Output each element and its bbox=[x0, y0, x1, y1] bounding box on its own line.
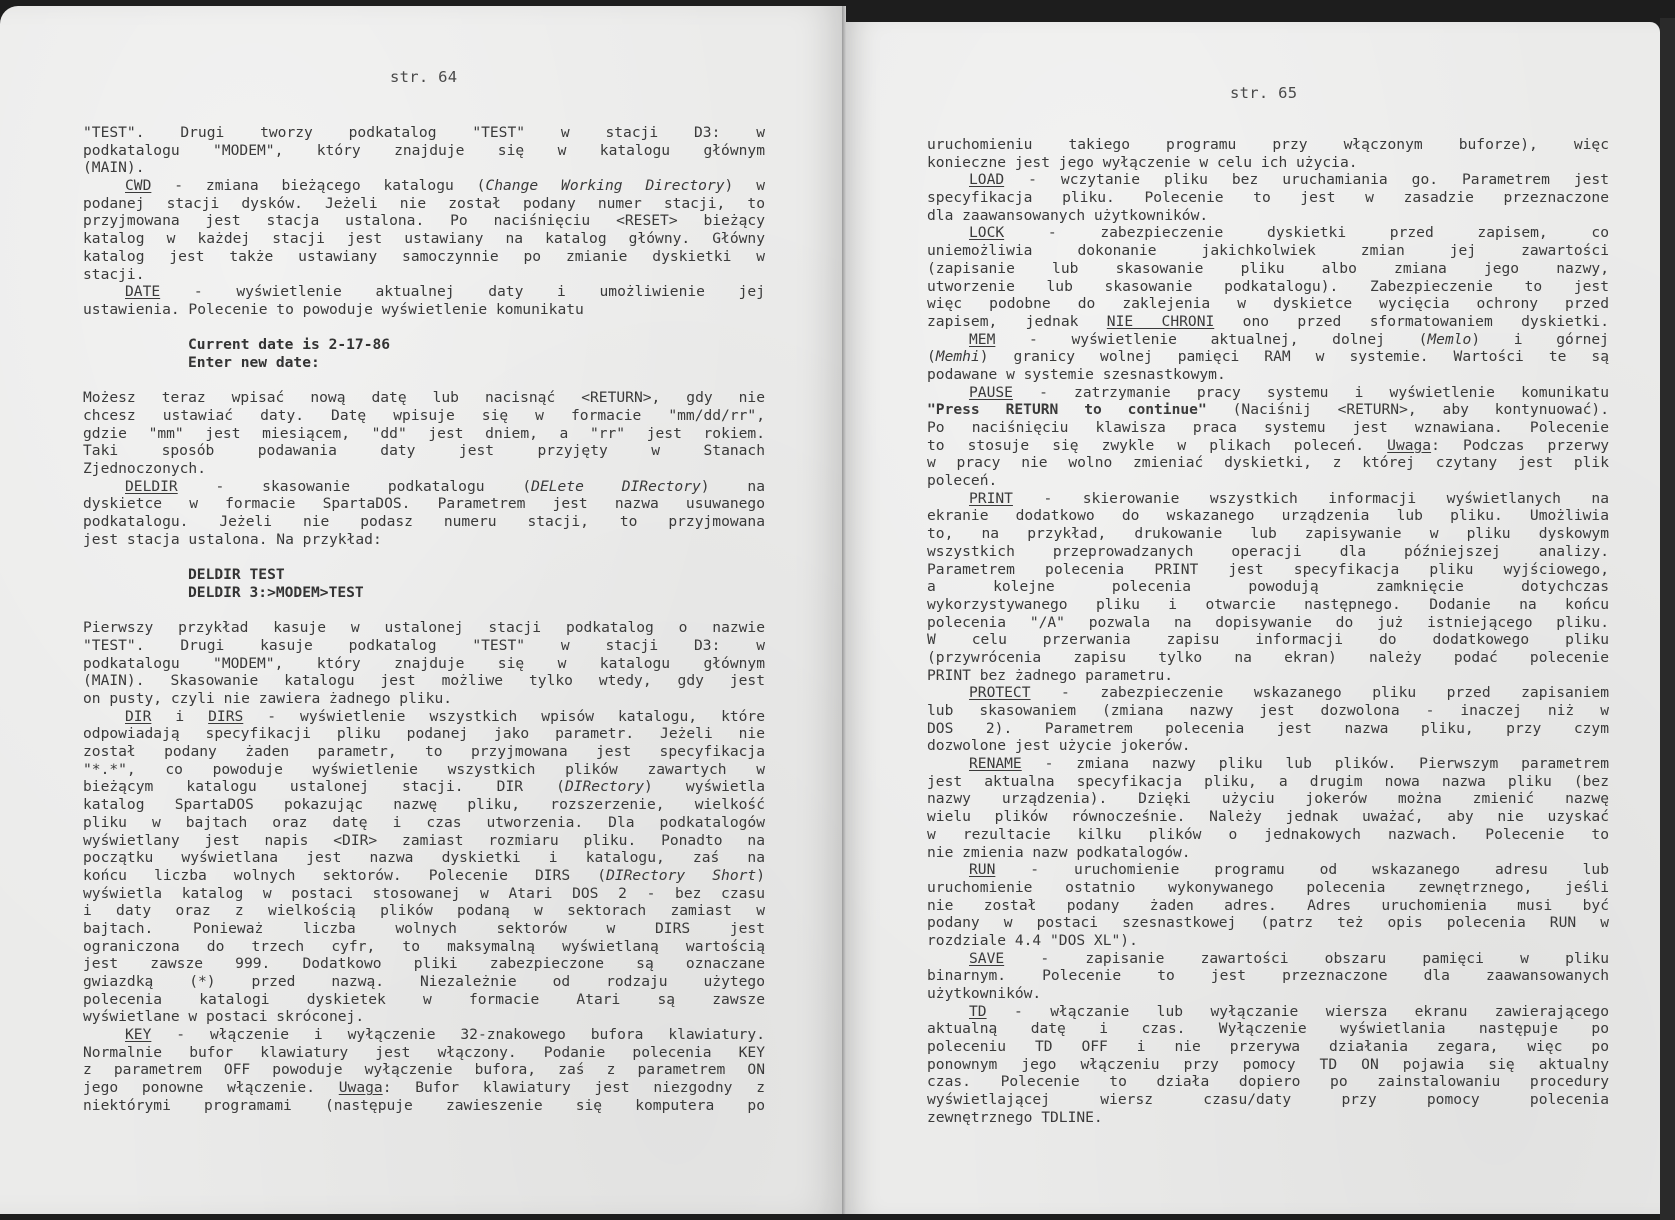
text-line: czas. Polecenie to działa dopiero po zai… bbox=[927, 1073, 1609, 1091]
text-line: użytkowników. bbox=[927, 985, 1609, 1003]
text-line: uruchomieniu takiego programu przy włącz… bbox=[927, 136, 1609, 154]
text-run: - skasowanie podkatalogu ( bbox=[178, 478, 531, 495]
text-line: utworzenie lub skasowanie podkatalogu). … bbox=[927, 278, 1609, 296]
blank-line bbox=[83, 319, 765, 337]
text-run: i bbox=[151, 708, 208, 725]
text-line: konieczne jest jego wyłączenie w celu ic… bbox=[927, 154, 1609, 172]
text-line: więc podobne do zaklejenia w dyskietce w… bbox=[927, 295, 1609, 313]
page-number-right: str. 65 bbox=[1230, 84, 1297, 102]
text-run: - zatrzymanie pracy systemu i wyświetlen… bbox=[1013, 384, 1609, 401]
text-run: - uruchomienie programu od wskazanego ad… bbox=[995, 861, 1609, 878]
text-line: PRINT bez żadnego parametru. bbox=[927, 667, 1609, 685]
text-line: został podany żaden parametr, to przyjmo… bbox=[83, 743, 765, 761]
code-example: DELDIR TEST bbox=[83, 566, 765, 584]
text-run: ) wyświetla bbox=[644, 778, 765, 795]
text-line: polecenia katalogi dyskietek w formacie … bbox=[83, 991, 765, 1009]
page-edge-shadow bbox=[1660, 18, 1675, 1220]
text-line: gwiazdką (*) przed nazwą. Niezależnie od… bbox=[83, 973, 765, 991]
text-run: ) na bbox=[701, 478, 765, 495]
text-line: wykorzystywanego pliku i otwarcie następ… bbox=[927, 596, 1609, 614]
command-keyword: DELDIR bbox=[125, 478, 178, 495]
command-keyword: Uwaga bbox=[339, 1079, 383, 1096]
command-keyword: MEM bbox=[969, 331, 995, 348]
text-line: wyświetlającej wiersz czasu/daty przy po… bbox=[927, 1091, 1609, 1109]
italic-term: Change Working Directory bbox=[485, 177, 724, 194]
text-line: specyfikacja pliku. Polecenie to jest w … bbox=[927, 189, 1609, 207]
text-line: dyskietce w formacie SpartaDOS. Parametr… bbox=[83, 495, 765, 513]
text-line: podanej stacji dysków. Jeżeli nie został… bbox=[83, 195, 765, 213]
text-line: katalog SpartaDOS pokazując nazwę pliku,… bbox=[83, 796, 765, 814]
paragraph-start-line: LOCK - zabezpieczenie dyskietki przed za… bbox=[927, 224, 1609, 242]
command-keyword: KEY bbox=[125, 1026, 151, 1043]
text-line: początku wyświetlana jest nazwa dyskietk… bbox=[83, 849, 765, 867]
paragraph-start-line: CWD - zmiana bieżącego katalogu (Change … bbox=[83, 177, 765, 195]
text-run: to stosuje się zwykle w plikach poleceń. bbox=[927, 437, 1387, 454]
text-line: w rezultacie kilku plików o jednakowych … bbox=[927, 826, 1609, 844]
italic-term: DELete DIRectory bbox=[531, 478, 701, 495]
code-example: Current date is 2-17-86 bbox=[83, 336, 765, 354]
text-line: jest aktualna specyfikacja pliku, a drug… bbox=[927, 773, 1609, 791]
italic-term: Memlo bbox=[1427, 331, 1471, 348]
text-line: podawane w systemie szesnastkowym. bbox=[927, 366, 1609, 384]
text-line: on pusty, czyli nie zawiera żadnego plik… bbox=[83, 690, 765, 708]
command-keyword: LOCK bbox=[969, 224, 1004, 241]
command-keyword: Uwaga bbox=[1387, 437, 1431, 454]
text-line: "*.*", co powoduje wyświetlenie wszystki… bbox=[83, 761, 765, 779]
command-keyword: PRINT bbox=[969, 490, 1013, 507]
text-run: - włączanie lub wyłączanie wiersza ekran… bbox=[987, 1003, 1609, 1020]
text-run: - wczytanie pliku bez uruchamiania go. P… bbox=[1004, 171, 1609, 188]
left-page: str. 64 "TEST". Drugi tworzy podkatalog … bbox=[0, 6, 845, 1214]
text-line: uniemożliwia dokonanie jakichkolwiek zmi… bbox=[927, 242, 1609, 260]
command-keyword: TD bbox=[969, 1003, 987, 1020]
italic-term: DIRectory Short bbox=[606, 867, 756, 884]
text-run: - zapisanie zawartości obszaru pamięci w… bbox=[1004, 950, 1609, 967]
text-line: poleceniu TD OFF i nie przerywa działani… bbox=[927, 1038, 1609, 1056]
command-keyword: DIR bbox=[125, 708, 151, 725]
text-line: (MAIN). Skasowanie katalogu jest możliwe… bbox=[83, 672, 765, 690]
text-line: bajtach. Ponieważ liczba wolnych sektoró… bbox=[83, 920, 765, 938]
text-line: "TEST". Drugi tworzy podkatalog "TEST" w… bbox=[83, 124, 765, 142]
text-line: chcesz ustawiać daty. Datę wpisuje się w… bbox=[83, 407, 765, 425]
text-line: to stosuje się zwykle w plikach poleceń.… bbox=[927, 437, 1609, 455]
blank-line bbox=[83, 549, 765, 567]
text-line: katalog jest także ustawiany samoczynnie… bbox=[83, 248, 765, 266]
paragraph-start-line: RENAME - zmiana nazwy pliku lub plików. … bbox=[927, 755, 1609, 773]
text-run: - wyświetlenie aktualnej, dolnej ( bbox=[995, 331, 1427, 348]
text-run: : Bufor klawiatury jest niezgodny z bbox=[383, 1079, 765, 1096]
paragraph-start-line: PROTECT - zabezpieczenie wskazanego plik… bbox=[927, 684, 1609, 702]
text-line: wyświetlane w postaci skróconej. bbox=[83, 1008, 765, 1026]
text-run: - zabezpieczenie dyskietki przed zapisem… bbox=[1004, 224, 1609, 241]
text-line: a kolejne polecenia powodują zamknięcie … bbox=[927, 578, 1609, 596]
text-line: w pracy nie wolno zmieniać dyskietki, z … bbox=[927, 454, 1609, 472]
paragraph-start-line: KEY - włączenie i wyłączenie 32-znakoweg… bbox=[83, 1026, 765, 1044]
text-line: lub skasowaniem (zmiana nazwy jest dozwo… bbox=[927, 702, 1609, 720]
text-line: katalog w każdej stacji jest ustawiany n… bbox=[83, 230, 765, 248]
text-run: ( bbox=[927, 348, 936, 365]
text-line: Normalnie bufor klawiatury jest włączony… bbox=[83, 1044, 765, 1062]
text-run: : Podczas przerwy bbox=[1431, 437, 1609, 454]
text-run: - zabezpieczenie wskazanego pliku przed … bbox=[1031, 684, 1609, 701]
code-example: DELDIR 3:>MODEM>TEST bbox=[83, 584, 765, 602]
code-example: Enter new date: bbox=[83, 354, 765, 372]
text-line: ograniczona do trzech cyfr, to maksymaln… bbox=[83, 938, 765, 956]
command-keyword: NIE CHRONI bbox=[1107, 313, 1214, 330]
command-keyword: PAUSE bbox=[969, 384, 1013, 401]
italic-term: Memhi bbox=[936, 348, 980, 365]
text-line: jest zawsze 999. Dodatkowo pliki zabezpi… bbox=[83, 955, 765, 973]
text-line: rozdziale 4.4 "DOS XL"). bbox=[927, 932, 1609, 950]
text-run: ) granicy wolnej pamięci RAM w systemie.… bbox=[980, 348, 1609, 365]
text-line: aktualną datę i czas. Wyłączenie wyświet… bbox=[927, 1020, 1609, 1038]
text-run: - wyświetlenie wszystkich wpisów katalog… bbox=[243, 708, 765, 725]
command-keyword: DATE bbox=[125, 283, 160, 300]
text-line: wielu plików równocześnie. Należy jednak… bbox=[927, 808, 1609, 826]
text-line: binarnym. Polecenie to jest przeznaczone… bbox=[927, 967, 1609, 985]
text-line: gdzie "mm" jest miesiącem, "dd" jest dni… bbox=[83, 425, 765, 443]
text-line: zapisem, jednak NIE CHRONI ono przed sfo… bbox=[927, 313, 1609, 331]
text-run: - zmiana nazwy pliku lub plików. Pierwsz… bbox=[1022, 755, 1609, 772]
text-line: wyświetlany jest napis <DIR> zamiast roz… bbox=[83, 832, 765, 850]
text-run: - skierowanie wszystkich informacji wyśw… bbox=[1013, 490, 1609, 507]
left-page-body: "TEST". Drugi tworzy podkatalog "TEST" w… bbox=[83, 124, 765, 1115]
text-line: stacji. bbox=[83, 266, 765, 284]
paragraph-start-line: PAUSE - zatrzymanie pracy systemu i wyśw… bbox=[927, 384, 1609, 402]
text-line: ekranie dodatkowo do wskazanego urządzen… bbox=[927, 507, 1609, 525]
right-page: str. 65 uruchomieniu takiego programu pr… bbox=[845, 22, 1660, 1214]
command-keyword: LOAD bbox=[969, 171, 1004, 188]
blank-line bbox=[83, 602, 765, 620]
text-line: (zapisanie lub skasowanie pliku albo zmi… bbox=[927, 260, 1609, 278]
bold-message: "Press RETURN to continue" bbox=[927, 401, 1207, 418]
paragraph-start-line: PRINT - skierowanie wszystkich informacj… bbox=[927, 490, 1609, 508]
text-line: dozwolone jest użycie jokerów. bbox=[927, 737, 1609, 755]
text-line: Po naciśnięciu klawisza praca systemu je… bbox=[927, 419, 1609, 437]
text-line: Pierwszy przykład kasuje w ustalonej sta… bbox=[83, 619, 765, 637]
text-line: polecenia "/A" pozwala na dopisywanie do… bbox=[927, 614, 1609, 632]
text-run: - wyświetlenie aktualnej daty i umożliwi… bbox=[160, 283, 765, 300]
italic-term: DIRectory bbox=[565, 778, 644, 795]
paragraph-start-line: MEM - wyświetlenie aktualnej, dolnej (Me… bbox=[927, 331, 1609, 349]
text-run: ono przed sformatowaniem dyskietki. bbox=[1214, 313, 1609, 330]
text-line: podkatalogu "MODEM", który znajduje się … bbox=[83, 142, 765, 160]
text-line: Zjednoczonych. bbox=[83, 460, 765, 478]
text-line: zewnętrznego TDLINE. bbox=[927, 1109, 1609, 1127]
book-spine bbox=[842, 6, 846, 1214]
text-line: nie zmienia nazw podkatalogów. bbox=[927, 844, 1609, 862]
paragraph-start-line: DIR i DIRS - wyświetlenie wszystkich wpi… bbox=[83, 708, 765, 726]
text-line: ponownym jego włączeniu przy pomocy TD O… bbox=[927, 1056, 1609, 1074]
text-line: wyświetla katalog w postaci stosowanej w… bbox=[83, 885, 765, 903]
text-line: pliku w bajtach oraz datę i czas utworze… bbox=[83, 814, 765, 832]
paragraph-start-line: SAVE - zapisanie zawartości obszaru pami… bbox=[927, 950, 1609, 968]
text-line: podkatalogu. Jeżeli nie podasz numeru st… bbox=[83, 513, 765, 531]
text-line: jest stacja ustalona. Na przykład: bbox=[83, 531, 765, 549]
text-line: odpowiadają specyfikacji pliku podanej j… bbox=[83, 725, 765, 743]
text-run: bieżącym katalogu ustalonej stacji. DIR … bbox=[83, 778, 565, 795]
command-keyword: PROTECT bbox=[969, 684, 1031, 701]
text-run: ) bbox=[756, 867, 765, 884]
text-run: ) w bbox=[725, 177, 765, 194]
right-page-body: uruchomieniu takiego programu przy włącz… bbox=[927, 136, 1609, 1127]
text-run: końcu liczba wolnych sektorów. Polecenie… bbox=[83, 867, 606, 884]
text-line: (przywrócenia zapisu tylko na ekran) nal… bbox=[927, 649, 1609, 667]
command-keyword: DIRS bbox=[208, 708, 243, 725]
paragraph-start-line: DATE - wyświetlenie aktualnej daty i umo… bbox=[83, 283, 765, 301]
text-line: Możesz teraz wpisać nową datę lub nacisn… bbox=[83, 389, 765, 407]
text-run: - zmiana bieżącego katalogu ( bbox=[151, 177, 485, 194]
text-line: uruchomienie ostatnio wykonywanego polec… bbox=[927, 879, 1609, 897]
text-line: przyjmowana jest stacja ustalona. Po nac… bbox=[83, 212, 765, 230]
blank-line bbox=[83, 372, 765, 390]
text-run: jego ponowne włączenie. bbox=[83, 1079, 339, 1096]
paragraph-start-line: RUN - uruchomienie programu od wskazaneg… bbox=[927, 861, 1609, 879]
text-line: jego ponowne włączenie. Uwaga: Bufor kla… bbox=[83, 1079, 765, 1097]
text-line: Parametrem polecenia PRINT jest specyfik… bbox=[927, 561, 1609, 579]
text-line: ustawienia. Polecenie to powoduje wyświe… bbox=[83, 301, 765, 319]
text-line: "TEST". Drugi kasuje podkatalog "TEST" w… bbox=[83, 637, 765, 655]
command-keyword: SAVE bbox=[969, 950, 1004, 967]
command-keyword: CWD bbox=[125, 177, 151, 194]
text-line: podkatalogu "MODEM", który znajduje się … bbox=[83, 655, 765, 673]
text-line: i daty oraz z wielkością plików podaną w… bbox=[83, 902, 765, 920]
text-line: nazwy urządzenia). Dzięki użyciu jokerów… bbox=[927, 790, 1609, 808]
text-line: niektórymi programami (następuje zawiesz… bbox=[83, 1097, 765, 1115]
text-line: DOS 2). Parametrem polecenia jest nazwa … bbox=[927, 720, 1609, 738]
text-line: podany w postaci szesnastkowej (patrz te… bbox=[927, 914, 1609, 932]
text-line: Taki sposób podawania daty jest przyjęty… bbox=[83, 442, 765, 460]
text-run: ) i górnej bbox=[1471, 331, 1609, 348]
text-line: W celu przerwania zapisu informacji do d… bbox=[927, 631, 1609, 649]
text-line: końcu liczba wolnych sektorów. Polecenie… bbox=[83, 867, 765, 885]
text-line: dla zaawansowanych użytkowników. bbox=[927, 207, 1609, 225]
text-run: - włączenie i wyłączenie 32-znakowego bu… bbox=[151, 1026, 765, 1043]
text-run: (Naciśnij <RETURN>, aby kontynuować). bbox=[1207, 401, 1609, 418]
paragraph-start-line: DELDIR - skasowanie podkatalogu (DELete … bbox=[83, 478, 765, 496]
command-keyword: RENAME bbox=[969, 755, 1022, 772]
paragraph-start-line: TD - włączanie lub wyłączanie wiersza ek… bbox=[927, 1003, 1609, 1021]
text-line: z parametrem OFF powoduje wyłączenie buf… bbox=[83, 1061, 765, 1079]
command-keyword: RUN bbox=[969, 861, 995, 878]
paragraph-start-line: LOAD - wczytanie pliku bez uruchamiania … bbox=[927, 171, 1609, 189]
text-line: poleceń. bbox=[927, 472, 1609, 490]
text-line: bieżącym katalogu ustalonej stacji. DIR … bbox=[83, 778, 765, 796]
text-line: (Memhi) granicy wolnej pamięci RAM w sys… bbox=[927, 348, 1609, 366]
text-line: wszystkich przeprowadzanych operacji dla… bbox=[927, 543, 1609, 561]
page-number-left: str. 64 bbox=[390, 68, 457, 86]
text-line: "Press RETURN to continue" (Naciśnij <RE… bbox=[927, 401, 1609, 419]
text-line: (MAIN). bbox=[83, 159, 765, 177]
text-line: to, na przykład, drukowanie lub zapisywa… bbox=[927, 525, 1609, 543]
text-line: nie został podany żaden adres. Adres uru… bbox=[927, 897, 1609, 915]
text-run: zapisem, jednak bbox=[927, 313, 1107, 330]
